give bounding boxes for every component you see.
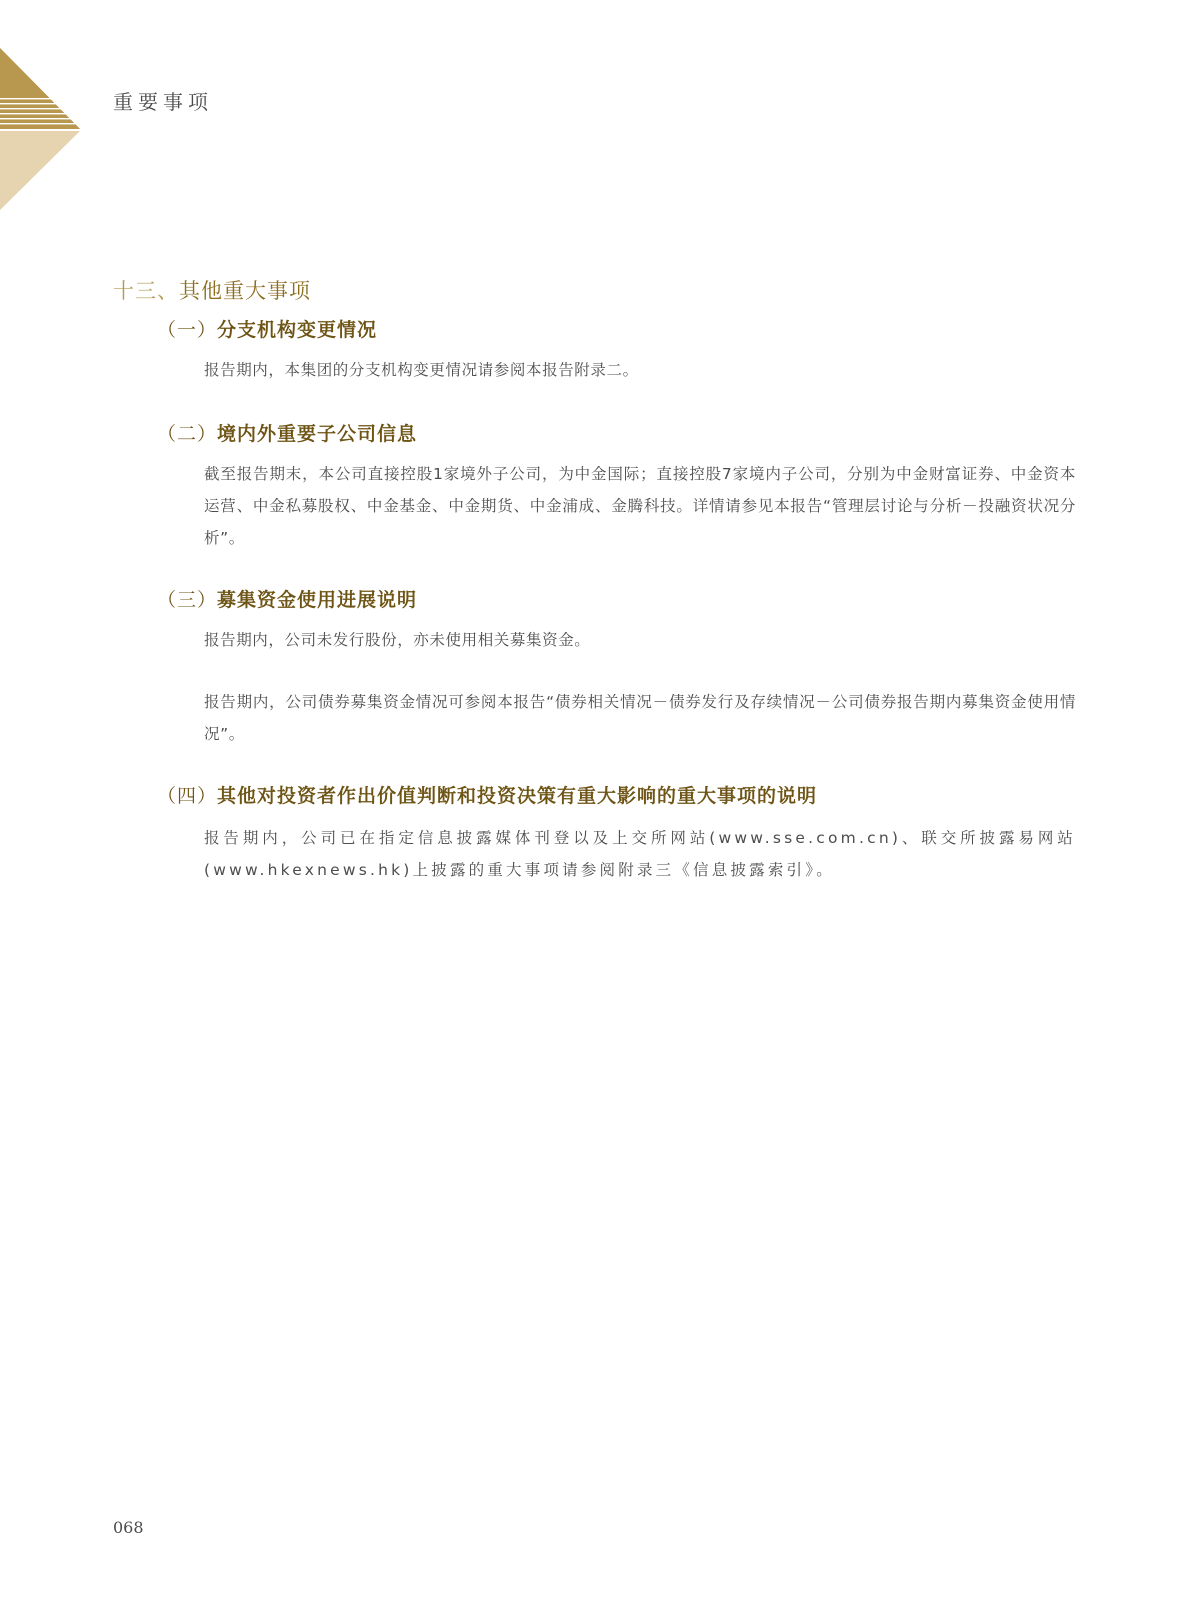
subsection-label: （三） <box>157 589 217 611</box>
subsection-title: 分支机构变更情况 <box>217 319 377 341</box>
subsection-title: 其他对投资者作出价值判断和投资决策有重大影响的重大事项的说明 <box>217 785 817 807</box>
subsection-label: （四） <box>157 785 217 807</box>
subsection-title: 境内外重要子公司信息 <box>217 423 417 445</box>
subsection-title: 募集资金使用进展说明 <box>217 589 417 611</box>
paragraph-proceeds-shares: 报告期内，公司未发行股份，亦未使用相关募集资金。 <box>204 624 1076 656</box>
section-title: 十三、其他重大事项 <box>113 275 311 305</box>
subsection-label: （一） <box>157 319 217 341</box>
subsection-label: （二） <box>157 423 217 445</box>
subsection-heading-1: （一）分支机构变更情况 <box>157 315 377 342</box>
paragraph-branch-changes: 报告期内，本集团的分支机构变更情况请参阅本报告附录二。 <box>204 354 1076 386</box>
paragraph-subsidiaries: 截至报告期末，本公司直接控股1家境外子公司，为中金国际；直接控股7家境内子公司，… <box>204 458 1076 554</box>
paragraph-disclosure-index: 报告期内，公司已在指定信息披露媒体刊登以及上交所网站(www.sse.com.c… <box>204 822 1076 886</box>
running-header-title: 重要事项 <box>113 86 213 115</box>
subsection-heading-3: （三）募集资金使用进展说明 <box>157 585 417 612</box>
subsection-heading-4: （四）其他对投资者作出价值判断和投资决策有重大影响的重大事项的说明 <box>157 781 817 808</box>
page-number: 068 <box>113 1518 144 1537</box>
subsection-heading-2: （二）境内外重要子公司信息 <box>157 419 417 446</box>
section-title-text: 其他重大事项 <box>179 279 311 303</box>
corner-triangle-decoration <box>0 48 80 210</box>
paragraph-proceeds-bonds: 报告期内，公司债券募集资金情况可参阅本报告“债券相关情况－债券发行及存续情况－公… <box>204 686 1076 750</box>
section-number: 十三、 <box>113 279 179 303</box>
